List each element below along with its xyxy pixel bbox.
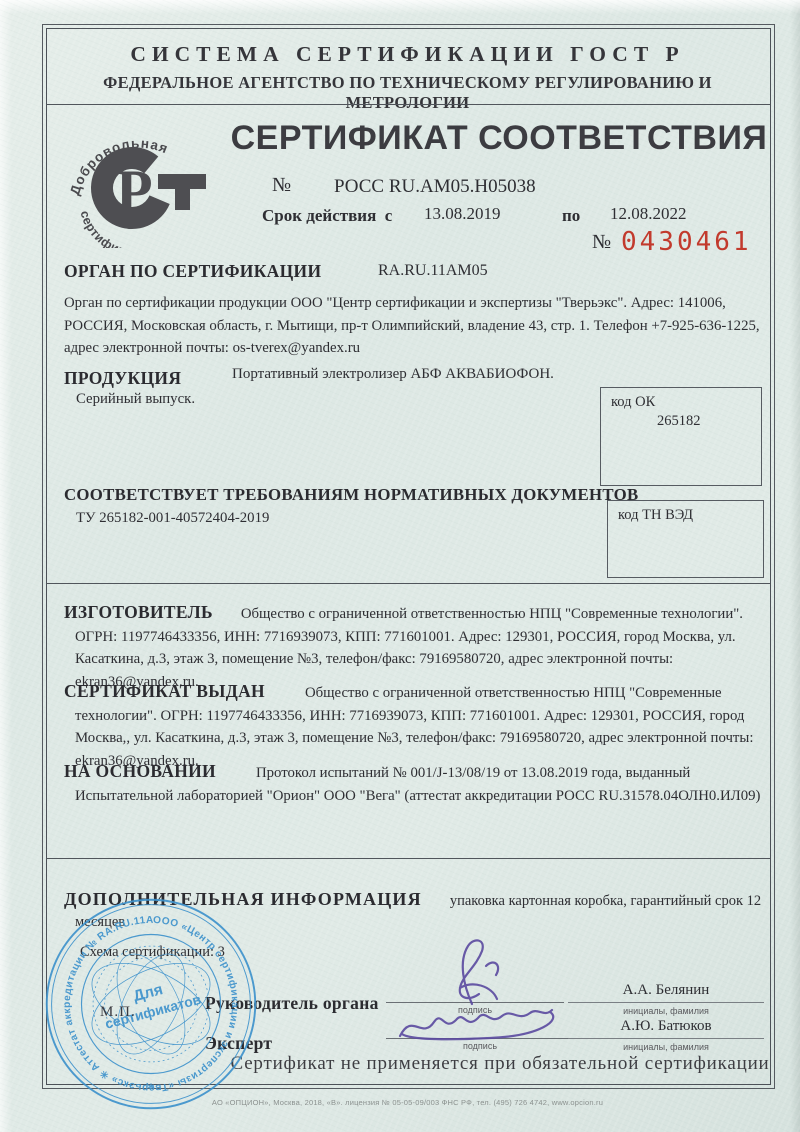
valid-to-date: 12.08.2022 bbox=[610, 204, 687, 224]
certificate-page: СИСТЕМА СЕРТИФИКАЦИИ ГОСТ Р ФЕДЕРАЛЬНОЕ … bbox=[0, 0, 800, 1132]
form-no-sign: № bbox=[592, 231, 611, 254]
organ-heading: ОРГАН ПО СЕРТИФИКАЦИИ bbox=[64, 261, 321, 282]
organ-body: Орган по сертификации продукции ООО "Цен… bbox=[64, 292, 764, 360]
mandatory-certification-statement: Сертификат не применяется при обязательн… bbox=[230, 1053, 770, 1075]
code-ok-value: 265182 bbox=[601, 411, 761, 430]
divider-above-additional bbox=[46, 858, 770, 859]
form-number: 0430461 bbox=[621, 227, 752, 257]
logo-t-stem bbox=[175, 174, 190, 210]
header-divider bbox=[46, 104, 770, 105]
basis-section: НА ОСНОВАНИИПротокол испытаний № 001/J-1… bbox=[64, 760, 777, 807]
product-name: Портативный электролизер АБФ АКВАБИОФОН. bbox=[232, 366, 592, 383]
issued-to-section: СЕРТИФИКАТ ВЫДАНОбщество с ограниченной … bbox=[64, 680, 777, 772]
organ-code: RA.RU.11АМ05 bbox=[378, 262, 488, 280]
valid-from-date: 13.08.2019 bbox=[424, 204, 501, 224]
printer-fine-print: АО «ОПЦИОН», Москва, 2018, «В». лицензия… bbox=[42, 1098, 773, 1107]
code-ok-box: код ОК 265182 bbox=[600, 387, 762, 486]
expert-name-caption: инициалы, фамилия bbox=[568, 1042, 764, 1052]
divider-above-manufacturer bbox=[46, 583, 770, 584]
product-heading: ПРОДУКЦИЯ bbox=[64, 368, 181, 389]
basis-heading: НА ОСНОВАНИИ bbox=[64, 761, 216, 781]
rst-voluntary-certification-logo: Добровольная сертификация Р bbox=[58, 108, 218, 248]
valid-to-label: по bbox=[562, 206, 580, 226]
manufacturer-heading: ИЗГОТОВИТЕЛЬ bbox=[64, 602, 213, 622]
certification-body-stamp: ООО «Центр сертификации и экспертизы «Тв… bbox=[40, 893, 262, 1115]
conformity-heading: СООТВЕТСТВУЕТ ТРЕБОВАНИЯМ НОРМАТИВНЫХ ДО… bbox=[64, 485, 638, 505]
system-title: СИСТЕМА СЕРТИФИКАЦИИ ГОСТ Р bbox=[42, 42, 773, 67]
stamp-place-label: М.П. bbox=[100, 1004, 136, 1021]
cert-no-sign: № bbox=[272, 174, 291, 197]
validity-label: Срок действия с bbox=[262, 206, 392, 226]
certificate-title: СЕРТИФИКАТ СООТВЕТСТВИЯ bbox=[228, 119, 770, 158]
expert-signature-caption: подпись bbox=[386, 1041, 574, 1051]
agency-title: ФЕДЕРАЛЬНОЕ АГЕНТСТВО ПО ТЕХНИЧЕСКОМУ РЕ… bbox=[42, 73, 773, 113]
cert-number: РОСС RU.АМ05.Н05038 bbox=[334, 176, 536, 198]
product-subheading: Серийный выпуск. bbox=[76, 388, 195, 411]
head-name-caption: инициалы, фамилия bbox=[568, 1006, 764, 1016]
head-name: А.А. Белянин bbox=[568, 982, 764, 1003]
code-ok-label: код ОК bbox=[601, 388, 761, 411]
code-tnved-label: код ТН ВЭД bbox=[608, 501, 763, 524]
stamp-star: * bbox=[147, 1081, 154, 1097]
issued-to-heading: СЕРТИФИКАТ ВЫДАН bbox=[64, 681, 265, 701]
conformity-body: ТУ 265182-001-40572404-2019 bbox=[76, 507, 269, 530]
logo-p-letter: Р bbox=[116, 158, 153, 224]
code-tnved-box: код ТН ВЭД bbox=[607, 500, 764, 578]
expert-name: А.Ю. Батюков bbox=[568, 1018, 764, 1039]
